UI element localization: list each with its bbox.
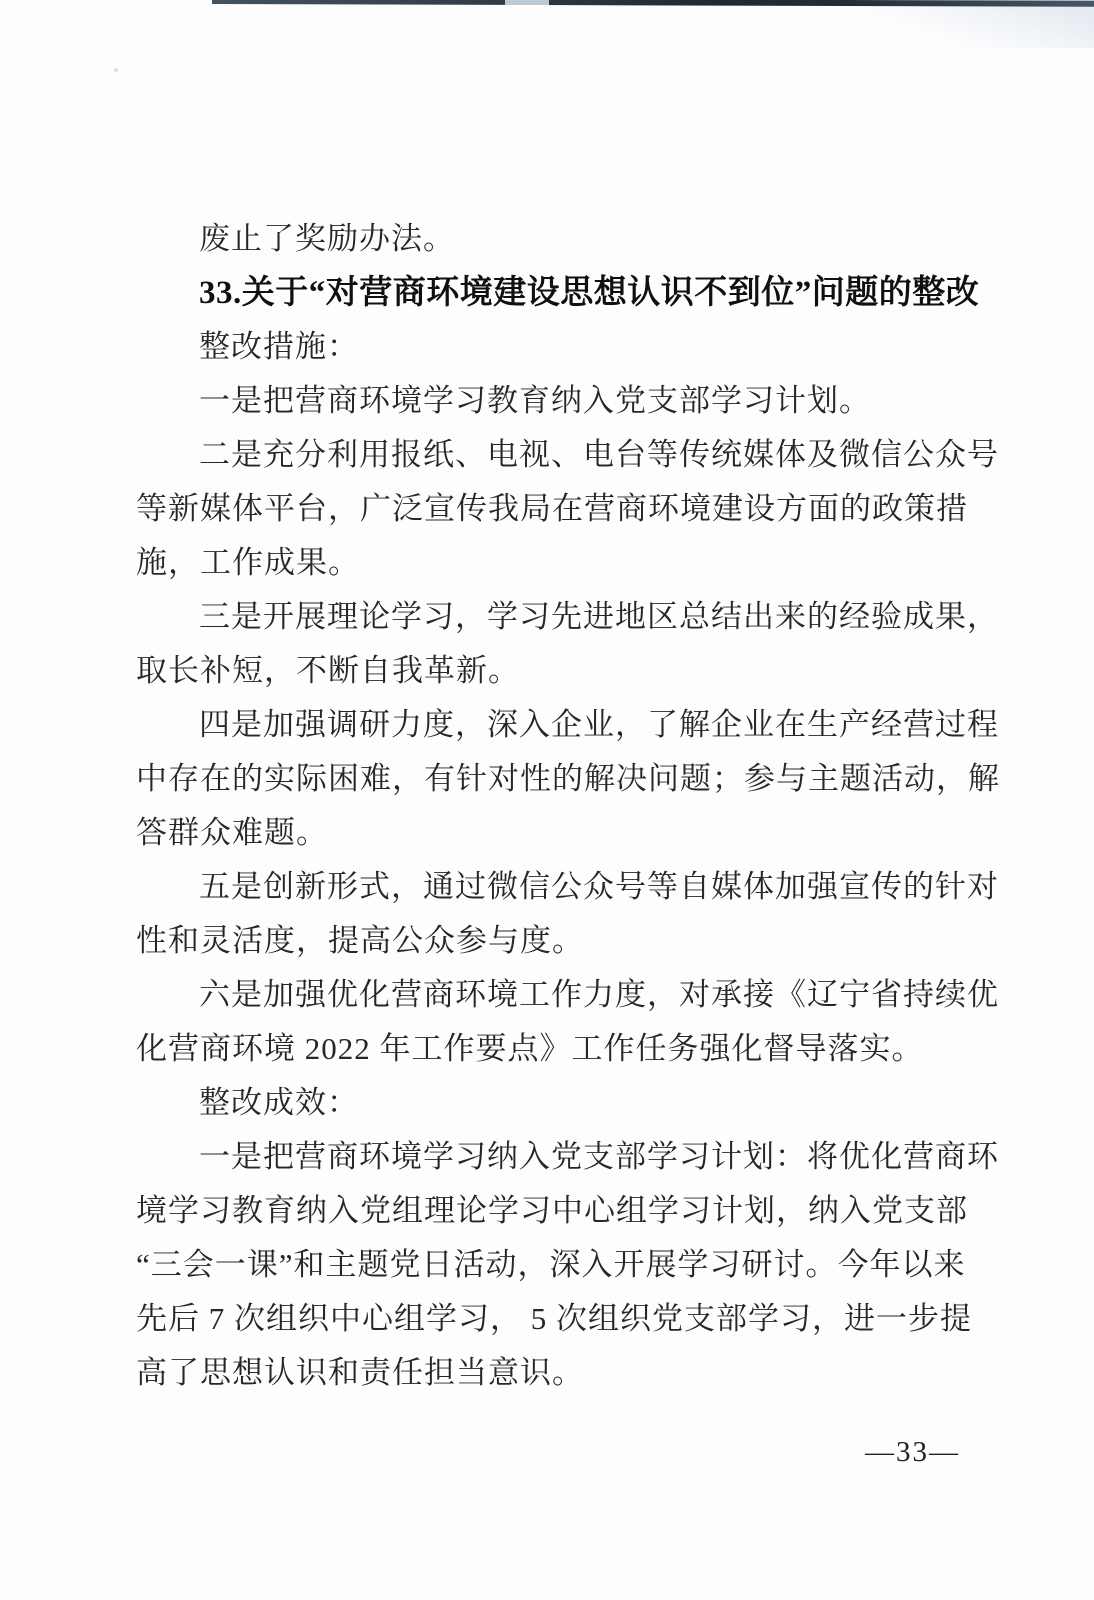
text-line: 二是充分利用报纸、电视、电台等传统媒体及微信公众号 [136,428,958,482]
section-heading: 33.关于“对营商环境建设思想认识不到位”问题的整改 [136,266,958,320]
text-line: 五是创新形式，通过微信公众号等自媒体加强宣传的针对 [136,860,958,914]
text-line: 先后 7 次组织中心组学习， 5 次组织党支部学习，进一步提 [136,1292,958,1346]
text-line: 一是把营商环境学习纳入党支部学习计划：将优化营商环 [136,1130,958,1184]
text-line: 四是加强调研力度，深入企业，了解企业在生产经营过程 [136,698,958,752]
text-line: 废止了奖励办法。 [136,212,958,266]
text-line: 高了思想认识和责任担当意识。 [136,1346,958,1400]
text-line: 六是加强优化营商环境工作力度，对承接《辽宁省持续优 [136,968,958,1022]
text-line: 境学习教育纳入党组理论学习中心组学习计划，纳入党支部 [136,1184,958,1238]
text-line: 整改成效： [136,1076,958,1130]
scan-speck [114,68,118,72]
text-line: 性和灵活度，提高公众参与度。 [136,914,958,968]
scan-corner-shade [824,0,1094,48]
document-body: 废止了奖励办法。 33.关于“对营商环境建设思想认识不到位”问题的整改 整改措施… [136,212,958,1400]
document-page: 废止了奖励办法。 33.关于“对营商环境建设思想认识不到位”问题的整改 整改措施… [0,0,1094,1600]
text-line: 化营商环境 2022 年工作要点》工作任务强化督导落实。 [136,1022,958,1076]
text-line: “三会一课”和主题党日活动，深入开展学习研讨。今年以来 [136,1238,958,1292]
page-number: —33— [865,1436,960,1469]
text-line: 取长补短，不断自我革新。 [136,644,958,698]
text-line: 答群众难题。 [136,806,958,860]
text-line: 一是把营商环境学习教育纳入党支部学习计划。 [136,374,958,428]
text-line: 整改措施： [136,320,958,374]
text-line: 施，工作成果。 [136,536,958,590]
text-line: 中存在的实际困难，有针对性的解决问题；参与主题活动，解 [136,752,958,806]
scan-top-edge-gap [505,0,549,5]
text-line: 三是开展理论学习，学习先进地区总结出来的经验成果， [136,590,958,644]
text-line: 等新媒体平台，广泛宣传我局在营商环境建设方面的政策措 [136,482,958,536]
